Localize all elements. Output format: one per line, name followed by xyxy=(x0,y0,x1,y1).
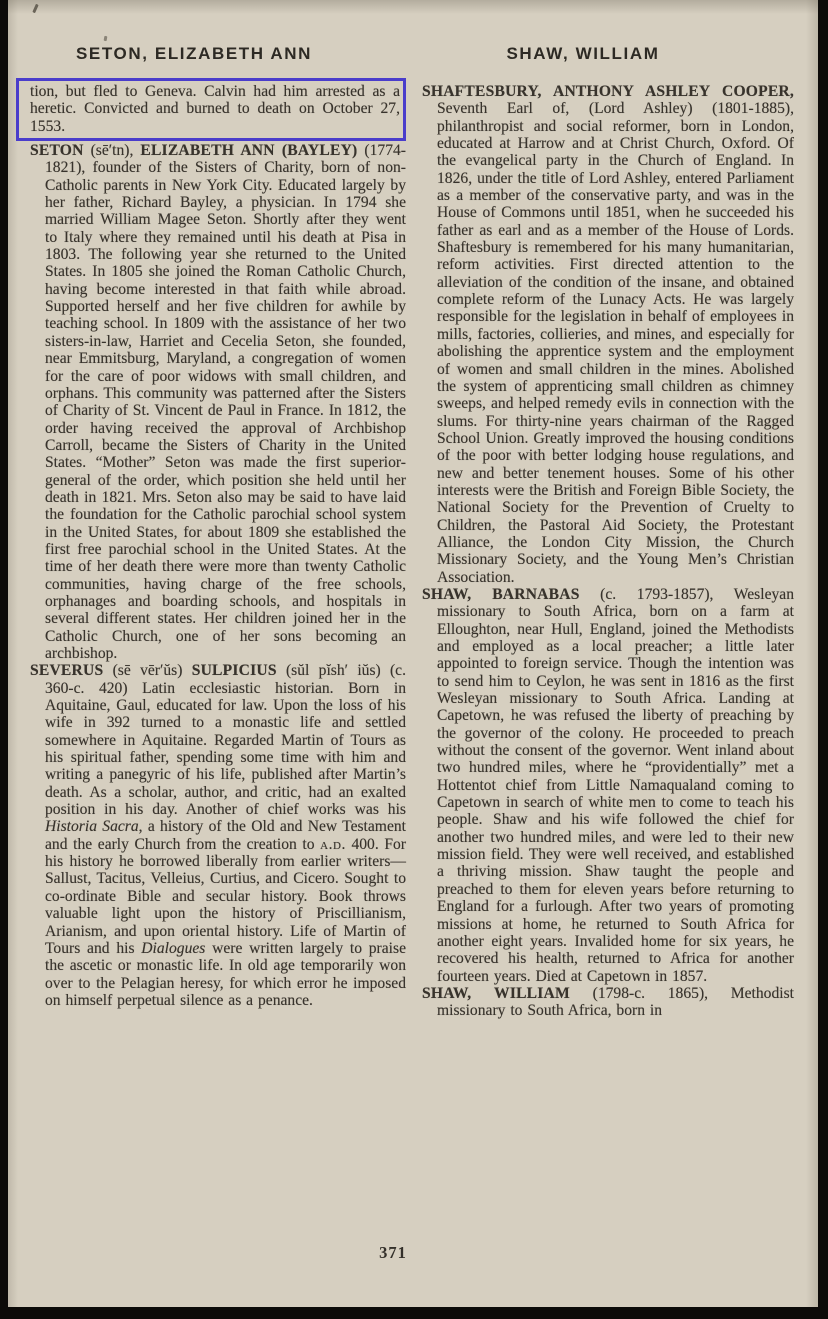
highlight-box: tion, but fled to Geneva. Calvin had him… xyxy=(16,78,406,141)
page-body: tion, but fled to Geneva. Calvin had him… xyxy=(8,78,818,1020)
running-head-left: SETON, ELIZABETH ANN xyxy=(8,44,393,64)
entry-shaw-barnabas: SHAW, BARNABAS (c. 1793-1857), Wesleyan … xyxy=(422,586,794,985)
right-column: SHAFTESBURY, ANTHONY ASHLEY COOPER, Seve… xyxy=(422,78,794,1020)
scan-mark xyxy=(104,36,108,41)
book-page: SETON, ELIZABETH ANN SHAW, WILLIAM tion,… xyxy=(8,0,818,1307)
scan-mark xyxy=(32,4,38,13)
entry-shaw-william: SHAW, WILLIAM (1798-c. 1865), Methodist … xyxy=(422,985,794,1020)
running-head-right: SHAW, WILLIAM xyxy=(393,44,773,64)
screenshot-root: SETON, ELIZABETH ANN SHAW, WILLIAM tion,… xyxy=(0,0,828,1319)
page-number: 371 xyxy=(8,1243,778,1263)
entry-shaftesbury: SHAFTESBURY, ANTHONY ASHLEY COOPER, Seve… xyxy=(422,83,794,586)
entry-servetus-continuation: tion, but fled to Geneva. Calvin had him… xyxy=(30,83,400,135)
running-heads: SETON, ELIZABETH ANN SHAW, WILLIAM xyxy=(8,44,818,64)
entry-severus-sulpicius: SEVERUS (sē vēr′ŭs) SULPICIUS (sŭl pĭsh′… xyxy=(30,662,406,1009)
left-column: tion, but fled to Geneva. Calvin had him… xyxy=(30,78,406,1020)
entry-seton-elizabeth-ann: SETON (sē′tn), ELIZABETH ANN (BAYLEY) (1… xyxy=(30,142,406,662)
